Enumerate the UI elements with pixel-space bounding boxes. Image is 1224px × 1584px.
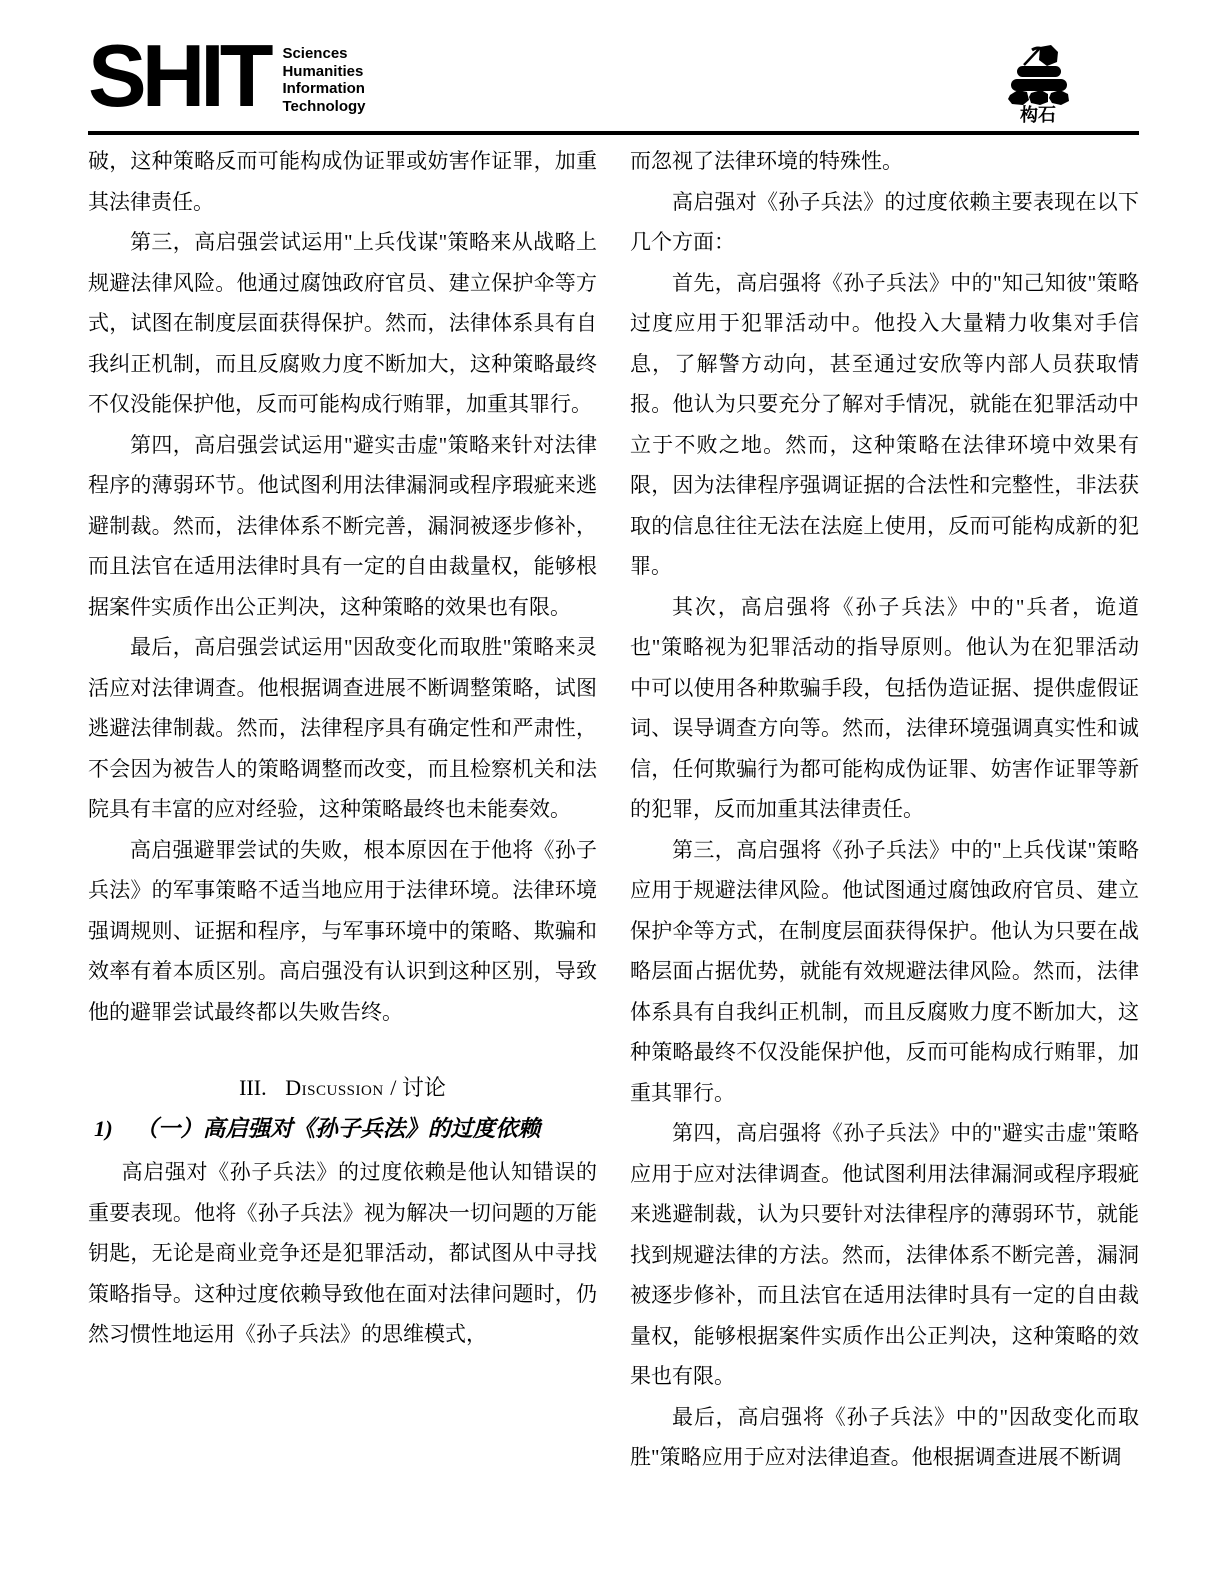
subtitle-line: Sciences [282,45,365,63]
subsection-title: （一）高启强对《孙子兵法》的过度依赖 [135,1116,540,1141]
paragraph: 首先，高启强将《孙子兵法》中的"知己知彼"策略过度应用于犯罪活动中。他投入大量精… [630,263,1139,587]
right-column: 而忽视了法律环境的特殊性。高启强对《孙子兵法》的过度依赖主要表现在以下几个方面：… [630,141,1139,1478]
paragraph: 最后，高启强尝试运用"因敌变化而取胜"策略来灵活应对法律调查。他根据调查进展不断… [88,627,597,830]
paragraph: 高启强对《孙子兵法》的过度依赖是他认知错误的重要表现。他将《孙子兵法》视为解决一… [88,1152,597,1355]
paragraph: 而忽视了法律环境的特殊性。 [630,141,1139,182]
section-heading: III.Discussion/ 讨论 [88,1068,597,1108]
header-divider [88,131,1139,135]
paragraph: 破，这种策略反而可能构成伪证罪或妨害作证罪，加重其法律责任。 [88,141,597,222]
rock-pile-icon [1002,43,1074,105]
paragraph: 第三，高启强尝试运用"上兵伐谋"策略来从战略上规避法律风险。他通过腐蚀政府官员、… [88,222,597,425]
left-column-paragraphs: 破，这种策略反而可能构成伪证罪或妨害作证罪，加重其法律责任。第三，高启强尝试运用… [88,141,597,1032]
paragraph: 高启强避罪尝试的失败，根本原因在于他将《孙子兵法》的军事策略不适当地应用于法律环… [88,830,597,1033]
paragraph: 最后，高启强将《孙子兵法》中的"因敌变化而取胜"策略应用于应对法律追查。他根据调… [630,1397,1139,1478]
publisher-logo: 构石 [993,43,1083,125]
journal-logo-text: SHIT [88,40,268,112]
subtitle-line: Information [282,80,365,98]
left-column-paragraphs-after: 高启强对《孙子兵法》的过度依赖是他认知错误的重要表现。他将《孙子兵法》视为解决一… [88,1152,597,1355]
subsection-number: 1) [94,1116,113,1141]
article-body: 破，这种策略反而可能构成伪证罪或妨害作证罪，加重其法律责任。第三，高启强尝试运用… [88,141,1139,1478]
publisher-name: 构石 [993,105,1083,125]
journal-logo-subtitle: Sciences Humanities Information Technolo… [282,40,365,115]
page-header: SHIT Sciences Humanities Information Tec… [88,0,1139,131]
section-title-en: Discussion [285,1075,383,1100]
right-column-paragraphs: 而忽视了法律环境的特殊性。高启强对《孙子兵法》的过度依赖主要表现在以下几个方面：… [630,141,1139,1478]
paragraph: 第四，高启强尝试运用"避实击虚"策略来针对法律程序的薄弱环节。他试图利用法律漏洞… [88,425,597,628]
section-title-zh: / 讨论 [390,1075,446,1100]
journal-logo: SHIT Sciences Humanities Information Tec… [88,40,366,115]
paragraph: 第四，高启强将《孙子兵法》中的"避实击虚"策略应用于应对法律调查。他试图利用法律… [630,1113,1139,1397]
paragraph: 高启强对《孙子兵法》的过度依赖主要表现在以下几个方面： [630,182,1139,263]
paragraph: 其次，高启强将《孙子兵法》中的"兵者，诡道也"策略视为犯罪活动的指导原则。他认为… [630,587,1139,830]
subtitle-line: Humanities [282,63,365,81]
subsection-heading: 1)（一）高启强对《孙子兵法》的过度依赖 [94,1108,597,1150]
section-number: III. [239,1075,266,1100]
left-column: 破，这种策略反而可能构成伪证罪或妨害作证罪，加重其法律责任。第三，高启强尝试运用… [88,141,597,1478]
paragraph: 第三，高启强将《孙子兵法》中的"上兵伐谋"策略应用于规避法律风险。他试图通过腐蚀… [630,830,1139,1114]
subtitle-line: Technology [282,98,365,116]
journal-page: SHIT Sciences Humanities Information Tec… [0,0,1224,1584]
